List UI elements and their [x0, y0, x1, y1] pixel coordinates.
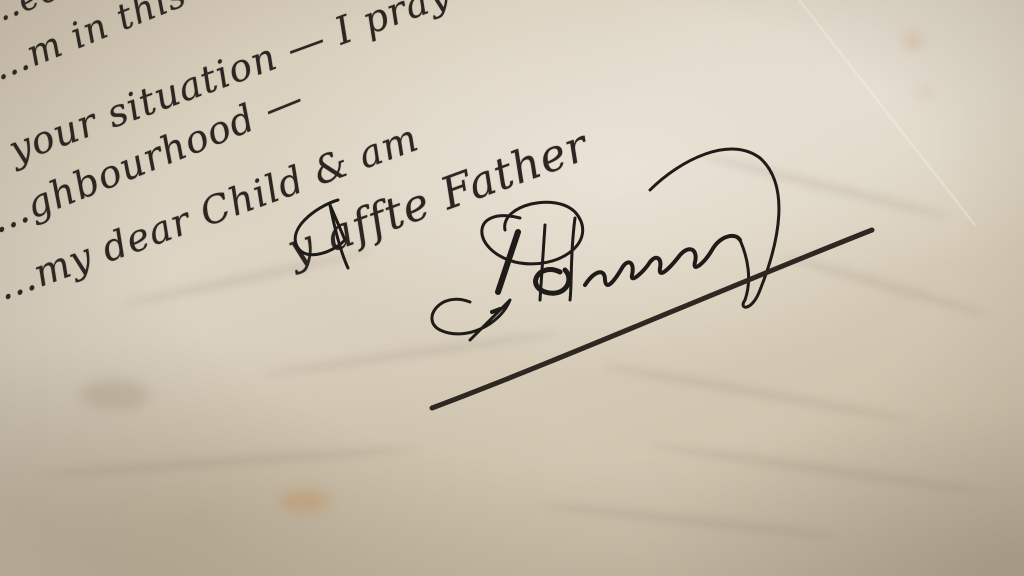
- paper-fold-crease: [790, 0, 976, 226]
- paper-streak: [649, 440, 987, 497]
- paper-streak: [259, 328, 557, 380]
- letter-photo: …eene …m in this your situation — I pray…: [0, 0, 1024, 576]
- paper-streak: [779, 250, 993, 320]
- paper-streak: [539, 500, 838, 541]
- foxing-stain: [280, 490, 330, 512]
- foxing-stain: [905, 35, 921, 47]
- paper-streak: [599, 360, 916, 425]
- foxing-stain: [920, 88, 930, 96]
- paper-streak: [40, 444, 420, 480]
- paper-streak: [699, 150, 954, 223]
- paper-smudge: [80, 380, 150, 410]
